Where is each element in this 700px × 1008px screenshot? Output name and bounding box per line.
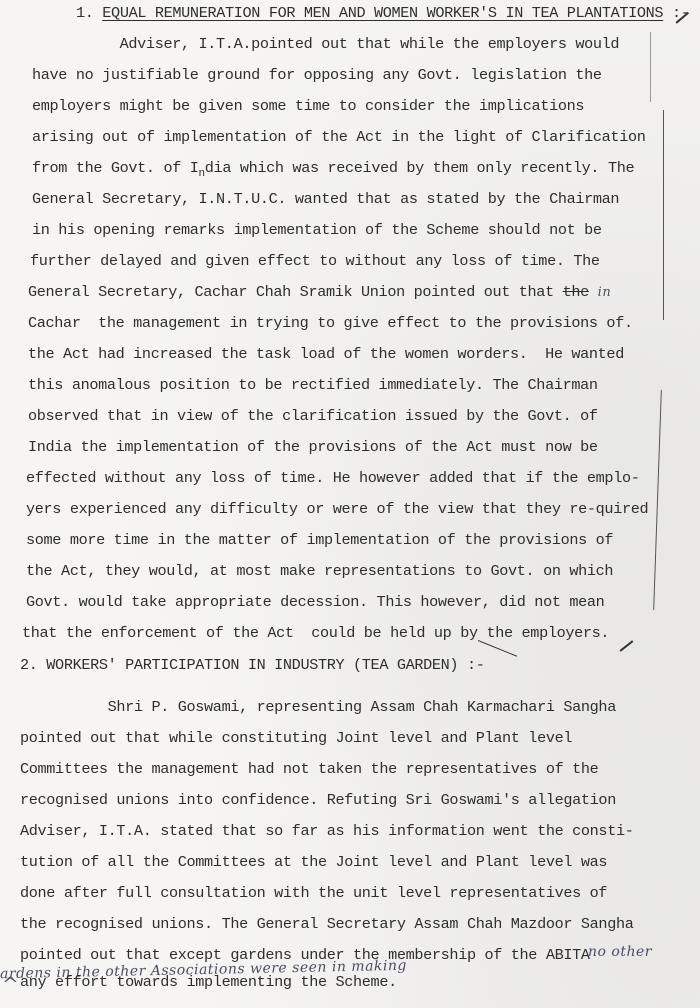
caret-insert-mark: ^ bbox=[2, 972, 19, 996]
handwritten-correction: in bbox=[598, 285, 612, 300]
handwritten-insert-end: no other bbox=[588, 944, 652, 960]
paragraph-line: observed that in view of the clarificati… bbox=[28, 407, 598, 425]
margin-line bbox=[653, 390, 662, 610]
paragraph-line: arising out of implementation of the Act… bbox=[32, 128, 645, 146]
line-text: from the Govt. of I bbox=[32, 159, 199, 177]
paragraph-line: Committees the management had not taken … bbox=[20, 760, 598, 778]
paragraph-line: have no justifiable ground for opposing … bbox=[32, 66, 602, 84]
paragraph-line: effected without any loss of time. He ho… bbox=[26, 469, 639, 487]
section-1-number: 1. bbox=[76, 4, 94, 22]
section-2-heading: 2. WORKERS' PARTICIPATION IN INDUSTRY (T… bbox=[20, 656, 485, 674]
section-1-heading: 1. EQUAL REMUNERATION FOR MEN AND WOMEN … bbox=[76, 4, 690, 22]
paragraph-line: recognised unions into confidence. Refut… bbox=[20, 791, 616, 809]
paragraph-line: the recognised unions. The General Secre… bbox=[20, 915, 633, 933]
pen-mark bbox=[620, 640, 634, 651]
section-1-title: EQUAL REMUNERATION FOR MEN AND WOMEN WOR… bbox=[102, 4, 663, 22]
paragraph-line: pointed out that while constituting Join… bbox=[20, 729, 572, 747]
margin-line bbox=[663, 110, 664, 320]
paragraph-line: yers experienced any difficulty or were … bbox=[26, 500, 648, 518]
paragraph-line: tution of all the Committees at the Join… bbox=[20, 853, 607, 871]
pen-mark bbox=[478, 640, 517, 657]
paragraph-line: Adviser, I.T.A. stated that so far as hi… bbox=[20, 822, 633, 840]
paragraph-line: done after full consultation with the un… bbox=[20, 884, 607, 902]
paragraph-line: from the Govt. of India which was receiv… bbox=[32, 159, 634, 183]
paragraph-line: General Secretary, I.N.T.U.C. wanted tha… bbox=[32, 190, 619, 208]
paragraph-line: further delayed and given effect to with… bbox=[30, 252, 600, 270]
paragraph-line: General Secretary, Cachar Chah Sramik Un… bbox=[28, 283, 611, 302]
paragraph-line: this anomalous position to be rectified … bbox=[28, 376, 598, 394]
scanned-page: 1. EQUAL REMUNERATION FOR MEN AND WOMEN … bbox=[0, 0, 700, 1008]
line-text: dia which was received by them only rece… bbox=[205, 159, 634, 177]
line-text: General Secretary, Cachar Chah Sramik Un… bbox=[28, 283, 563, 301]
paragraph-line: Adviser, I.T.A.pointed out that while th… bbox=[32, 35, 619, 53]
paragraph-line: Cachar the management in trying to give … bbox=[28, 314, 633, 332]
paragraph-line: that the enforcement of the Act could be… bbox=[22, 624, 609, 642]
paragraph-line: Govt. would take appropriate decession. … bbox=[26, 593, 604, 611]
margin-line bbox=[650, 32, 651, 102]
struck-text: the bbox=[563, 283, 589, 301]
paragraph-line: India the implementation of the provisio… bbox=[28, 438, 598, 456]
paragraph-line: some more time in the matter of implemen… bbox=[26, 531, 613, 549]
paragraph-line: Shri P. Goswami, representing Assam Chah… bbox=[20, 698, 616, 716]
paragraph-line: the Act, they would, at most make repres… bbox=[26, 562, 613, 580]
paragraph-line: any effort towards implementing the Sche… bbox=[20, 973, 397, 991]
paragraph-line: in his opening remarks implementation of… bbox=[32, 221, 602, 239]
paragraph-line: employers might be given some time to co… bbox=[32, 97, 584, 115]
paragraph-line: the Act had increased the task load of t… bbox=[28, 345, 624, 363]
